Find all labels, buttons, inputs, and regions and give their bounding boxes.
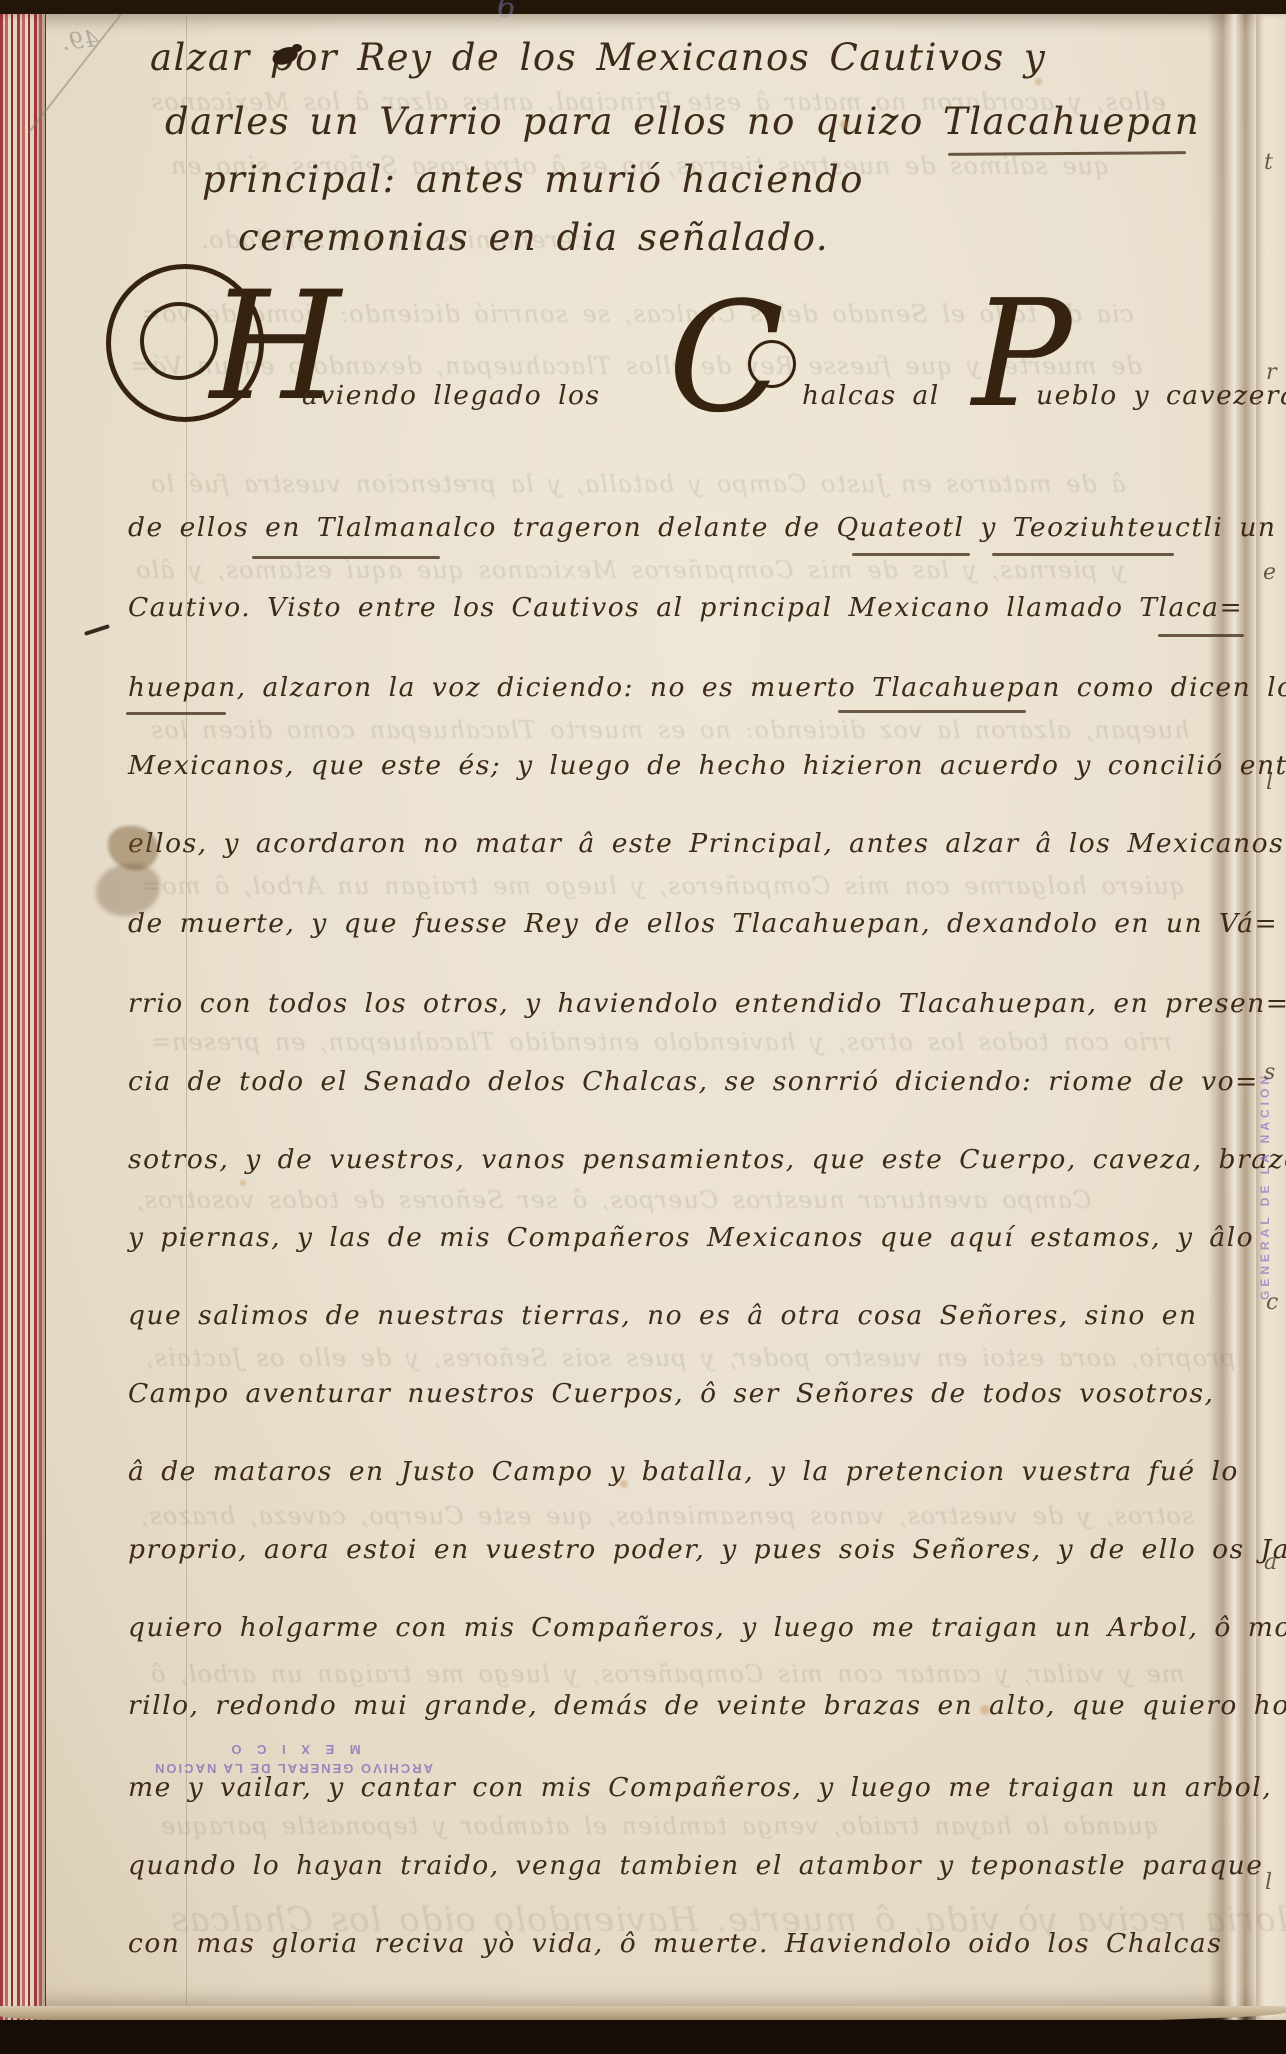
next-page-letter-fragment: l: [1266, 770, 1273, 795]
foxing-spot: [980, 1705, 990, 1715]
archive-stamp-line1: ARCHIVO GENERAL DE LA NACION: [128, 1761, 458, 1776]
bleedthrough-line: â de mataros en Justo Campo y batalla, y…: [150, 470, 1126, 498]
body-line-8: rrio con todos los otros, y haviendolo e…: [128, 988, 1286, 1019]
body-line-13: Campo aventurar nuestros Cuerpos, ô ser …: [128, 1378, 1214, 1409]
flourish-ring-c: [748, 340, 796, 388]
body-line-5: Mexicanos, que este és; y luego de hecho…: [128, 750, 1286, 781]
next-page-letter-fragment: a: [1264, 1550, 1277, 1575]
archive-stamp-right-edge: GENERAL DE LA NACION: [1258, 880, 1272, 1300]
next-page-letter-fragment: l: [1265, 1870, 1272, 1895]
folio-number: 49.: [61, 26, 100, 56]
body-line-15: proprio, aora estoi en vuestro poder, y …: [128, 1534, 1286, 1565]
body-line-4: huepan, alzaron la voz diciendo: no es m…: [128, 672, 1286, 703]
bleedthrough-line: quiero holgarme con mis Compañeros, y lu…: [140, 872, 1185, 900]
manuscript-photo: 49. 6 ellos, y acordaron no matar â este…: [0, 0, 1286, 2054]
binding-top-edge: [0, 0, 1286, 15]
next-page-letter-fragment: r: [1266, 360, 1277, 385]
body-line-14: â de mataros en Justo Campo y batalla, y…: [128, 1456, 1239, 1487]
archive-stamp-bottom: ARCHIVO GENERAL DE LA NACION M E X I C O: [128, 1742, 458, 1776]
body-line-3: Cautivo. Visto entre los Cautivos al pri…: [128, 592, 1243, 623]
body-line-7: de muerte, y que fuesse Rey de ellos Tla…: [128, 908, 1278, 939]
bleedthrough-line: proprio, aora estoi en vuestro poder, y …: [145, 1344, 1236, 1372]
ink-underline-quateotl: [852, 553, 970, 556]
body-line-10: sotros, y de vuestros, vanos pensamiento…: [128, 1144, 1286, 1175]
bleedthrough-line: rrio con todos los otros, y haviendolo e…: [150, 1028, 1172, 1056]
flourish-ring-inner: [140, 302, 218, 380]
ink-underline-tlacahuepan-body: [838, 710, 1026, 713]
body-line-1a: aviendo llegado los: [302, 380, 601, 411]
bleedthrough-line: sotros, y de vuestros, vanos pensamiento…: [140, 1502, 1194, 1530]
bleedthrough-line: me y vailar, y cantar con mis Compañeros…: [150, 1660, 1185, 1688]
bleedthrough-line: quando lo hayan traido, venga tambien el…: [160, 1812, 1159, 1840]
body-line-12: que salimos de nuestras tierras, no es â…: [128, 1300, 1198, 1331]
body-line-17: rillo, redondo mui grande, demás de vein…: [128, 1690, 1286, 1721]
ink-underline-teoziuhteuctli: [992, 553, 1174, 556]
body-line-6: ellos, y acordaron no matar â este Princ…: [128, 828, 1284, 859]
next-page-letter-fragment: c: [1266, 1290, 1278, 1315]
foxing-spot: [840, 120, 849, 129]
body-line-9: cia de todo el Senado delos Chalcas, se …: [128, 1066, 1259, 1097]
heading-line-4: ceremonias en dia señalado.: [238, 216, 829, 259]
next-page-letter-fragment: t: [1264, 150, 1273, 175]
body-line-20: con mas gloria reciva yò vida, ô muerte.…: [128, 1928, 1222, 1959]
ink-underline-tlaca: [1158, 634, 1244, 637]
archive-stamp-line2: M E X I C O: [128, 1742, 458, 1757]
body-line-19: quando lo hayan traido, venga tambien el…: [128, 1850, 1263, 1881]
foxing-spot: [1035, 78, 1042, 85]
bleedthrough-line: y piernas, y las de mis Compañeros Mexic…: [135, 556, 1125, 584]
ink-blot: [292, 44, 302, 52]
heading-line-3: principal: antes murió haciendo: [202, 158, 864, 201]
bleedthrough-line: Campo aventurar nuestros Cuerpos, ô ser …: [135, 1186, 1091, 1214]
foxing-spot: [620, 1480, 628, 1488]
body-line-1c: ueblo y cavezera: [1036, 380, 1286, 411]
body-line-18: me y vailar, y cantar con mis Compañeros…: [128, 1772, 1286, 1803]
next-page-letter-fragment: e: [1263, 560, 1276, 585]
red-fore-edge-stripes: [0, 14, 46, 2020]
body-line-2: de ellos en Tlalmanalco trageron delante…: [128, 512, 1277, 543]
next-page-letter-fragment: s: [1264, 1060, 1275, 1085]
body-line-11: y piernas, y las de mis Compañeros Mexic…: [128, 1222, 1254, 1253]
body-line-16: quiero holgarme con mis Compañeros, y lu…: [128, 1612, 1286, 1643]
binding-bottom-edge: [0, 2020, 1286, 2054]
heading-line-2: darles un Varrio para ellos no quizo Tla…: [165, 100, 1200, 143]
ink-underline-tlalmanalco: [252, 556, 440, 559]
foxing-spot: [240, 1180, 246, 1186]
ink-underline-huepan: [126, 712, 226, 715]
bleedthrough-line: huepan, alzaron la voz diciendo: no es m…: [150, 716, 1190, 744]
blue-ink-mark: 6: [497, 0, 516, 25]
body-line-1b: halcas al: [802, 380, 940, 411]
